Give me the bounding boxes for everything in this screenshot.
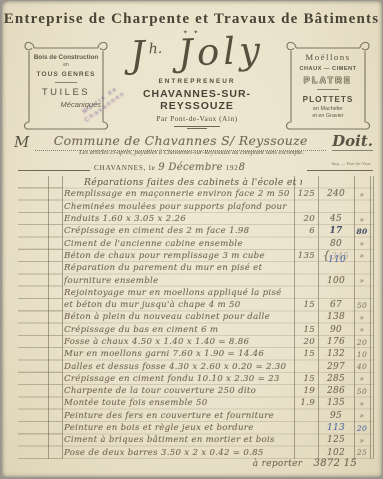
row-amount-francs: 176 (318, 337, 354, 347)
row-description: Réparation du parement du mur en pisé et (64, 263, 294, 273)
row-amount-centimes: » (354, 215, 370, 224)
row-unit-price: 15 (294, 300, 318, 310)
row-description: Enduits 1.60 x 3.05 x 2.26 (64, 214, 294, 224)
row-description: fourniture ensemble (64, 276, 294, 286)
row-amount-francs: 17 (318, 226, 354, 236)
row-amount-francs: 90 (318, 325, 354, 335)
table-row: Pose de deux barres 3.50 x 2 x 0.42 = 0.… (18, 447, 374, 459)
carry-forward-value: 3872 15 (314, 458, 357, 469)
right-box-line2: CHAUX — CIMENT (291, 66, 365, 72)
row-amount-centimes: » (354, 251, 370, 260)
row-description: Cheminées moulées pour supports plafond … (64, 202, 294, 212)
francs-value: 67 (330, 300, 342, 310)
row-description: Ciment à briques bâtiment en mortier et … (64, 435, 294, 445)
divider (55, 82, 77, 83)
row-amount-francs: 286 (318, 386, 354, 396)
table-row: Ciment à briques bâtiment en mortier et … (18, 434, 374, 446)
proprietor-name: Jh. Joly (111, 31, 282, 74)
right-box-line3: PLATRE (291, 75, 365, 85)
left-box-line1: Bois de Construction (29, 54, 103, 61)
payment-terms: Les articles ci-après, payables à Chavan… (0, 149, 383, 156)
row-description: Rejointoyage mur en moellons appliqué la… (64, 288, 294, 298)
row-description: Charpente de la tour couverture 250 dito (64, 386, 294, 396)
row-unit-price: 20 (294, 214, 318, 224)
divider (307, 170, 373, 171)
blue-pencil-correction: 110 (328, 255, 346, 265)
row-amount-francs: 45 (318, 214, 354, 224)
row-amount-francs: {345110 (318, 249, 354, 262)
row-unit-price: 6 (294, 226, 318, 236)
row-unit-price: 15 (294, 374, 318, 384)
left-box-line4: TUILES (29, 87, 103, 98)
right-box-line4: PLOTTETS (291, 95, 365, 104)
francs-value: 297 (327, 362, 345, 372)
francs-value: 90 (330, 325, 342, 335)
row-description: Réparations faites des cabinets à l'écol… (84, 177, 302, 188)
letterhead-city: CHAVANNES-SUR-REYSSOUZE (112, 88, 282, 112)
divider (18, 170, 90, 171)
francs-value: 113 (327, 423, 345, 433)
row-amount-centimes: 80 (354, 227, 370, 236)
row-description: Crépissage en ciment fondu 10.10 x 2.30 … (64, 374, 294, 384)
row-amount-centimes: » (354, 276, 370, 285)
row-amount-centimes: » (354, 313, 370, 322)
row-description: Crépissage du bas en ciment 6 m (64, 325, 294, 335)
row-amount-francs: 135 (318, 398, 354, 408)
letterhead-title: Entreprise de Charpente et Travaux de Bâ… (0, 11, 383, 28)
row-amount-centimes: 20 (354, 424, 370, 433)
right-box-line6: et en Gravier (291, 113, 365, 119)
row-amount-centimes: 40 (354, 362, 370, 371)
left-box-line3: TOUS GENRES (29, 71, 103, 78)
letterhead-right-box: Moëllons CHAUX — CIMENT PLATRE PLOTTETS … (282, 38, 374, 134)
row-description: Fosse à chaux 4.50 x 1.40 x 1.40 = 8.86 (64, 337, 294, 347)
row-amount-francs: 297 (318, 362, 354, 372)
row-description: Montée toute fois ensemble 50 (64, 398, 294, 408)
row-unit-price: 135 (294, 251, 318, 261)
place-label: CHAVANNES, le (94, 164, 156, 172)
right-box-line5: en Machefer (291, 106, 365, 112)
row-amount-francs: 113 (318, 423, 354, 433)
francs-value: 132 (327, 349, 345, 359)
row-description: Peinture des fers en couverture et fourn… (64, 411, 294, 421)
row-amount-centimes: » (354, 399, 370, 408)
table-row: et béton du mur jusqu'à chape 4 m 501567… (18, 299, 374, 311)
row-amount-francs: 138 (318, 312, 354, 322)
table-row: Enduits 1.60 x 3.05 x 2.262045» (18, 213, 374, 225)
table-body: Réparations faites des cabinets à l'écol… (18, 176, 374, 459)
row-unit-price: 1.9 (294, 398, 318, 408)
francs-value: 100 (327, 276, 345, 286)
row-description: Dalles et dessus fosse 4.30 x 2.60 x 0.2… (64, 362, 294, 372)
table-row: Ciment de l'ancienne cabine ensemble80» (18, 237, 374, 249)
francs-value: 95 (330, 411, 342, 421)
francs-value: 125 (327, 435, 345, 445)
row-description: Crépissage en ciment des 2 m face 1.98 (64, 226, 294, 236)
row-amount-centimes: » (354, 325, 370, 334)
row-amount-francs: 95 (318, 411, 354, 421)
row-amount-centimes: » (354, 436, 370, 445)
date-handwritten: 9 Décembre (158, 162, 223, 173)
row-description: Remplissage en maçonnerie environ face 2… (64, 189, 294, 199)
carry-forward-label: à reporter (253, 459, 303, 469)
row-amount-centimes: 10 (354, 350, 370, 359)
row-unit-price: 15 (294, 325, 318, 335)
date-content: CHAVANNES, le 9 Décembre 1928 (94, 162, 245, 173)
row-amount-centimes: 50 (354, 387, 370, 396)
table-row: Remplissage en maçonnerie environ face 2… (18, 188, 374, 200)
left-box-line2: en (29, 62, 103, 68)
divider (174, 126, 220, 130)
table-row: Charpente de la tour couverture 250 dito… (18, 385, 374, 397)
table-row: Peinture en bois et règle jeux et bordur… (18, 422, 374, 434)
row-amount-francs: 102 (318, 448, 354, 458)
table-row: Réparations faites des cabinets à l'écol… (18, 176, 374, 188)
table-row: Montée toute fois ensemble 501.9135» (18, 397, 374, 409)
row-unit-price: 20 (294, 337, 318, 347)
row-amount-francs: 67 (318, 300, 354, 310)
carry-forward: à reporter 3872 15 (253, 458, 357, 469)
francs-value: 45 (330, 214, 342, 224)
francs-value: 285 (327, 374, 345, 384)
row-unit-price: 15 (294, 349, 318, 359)
year-printed: 192 (225, 164, 238, 172)
table-row: Crépissage du bas en ciment 6 m1590» (18, 324, 374, 336)
table-row: Cheminées moulées pour supports plafond … (18, 201, 374, 213)
table-row: Peinture des fers en couverture et fourn… (18, 410, 374, 422)
table-row: Fosse à chaux 4.50 x 1.40 x 1.40 = 8.862… (18, 336, 374, 348)
row-description: Peinture en bois et règle jeux et bordur… (64, 423, 294, 433)
row-amount-centimes: 20 (354, 338, 370, 347)
francs-value: 240 (327, 189, 345, 199)
row-description: et béton du mur jusqu'à chape 4 m 50 (64, 300, 294, 310)
scanned-invoice: Entreprise de Charpente et Travaux de Bâ… (0, 0, 383, 479)
row-amount-francs: 100 (318, 276, 354, 286)
row-unit-price: 19 (294, 386, 318, 396)
divider (317, 89, 339, 90)
row-description: Béton de chaux pour remplissage 3 m cube (64, 251, 294, 261)
table-row: fourniture ensemble100» (18, 274, 374, 286)
row-amount-centimes: » (354, 239, 370, 248)
row-amount-centimes: » (354, 190, 370, 199)
row-amount-centimes: 25 (354, 448, 370, 457)
row-amount-francs: 80 (318, 239, 354, 249)
table-row: Crépissage en ciment des 2 m face 1.9861… (18, 225, 374, 237)
francs-value: 135 (327, 398, 345, 408)
francs-value: 286 (327, 386, 345, 396)
row-amount-centimes: » (354, 374, 370, 383)
row-amount-francs: 132 (318, 349, 354, 359)
row-description: Mur en moellons garni 7.60 x 1.90 = 14.4… (64, 349, 294, 359)
francs-value: 102 (327, 448, 345, 458)
francs-value: 80 (330, 239, 342, 249)
francs-value: 176 (327, 337, 345, 347)
row-description: Pose de deux barres 3.50 x 2 x 0.42 = 0.… (64, 448, 294, 458)
francs-value: 17 (329, 226, 342, 236)
table-row: Mur en moellons garni 7.60 x 1.90 = 14.4… (18, 348, 374, 360)
table-row: Réparation du parement du mur en pisé et (18, 262, 374, 274)
row-amount-francs: 285 (318, 374, 354, 384)
row-amount-centimes: » (354, 411, 370, 420)
table-row: Béton à plein du nouveau cabinet pour da… (18, 311, 374, 323)
table-row: Dalles et dessus fosse 4.30 x 2.60 x 0.2… (18, 360, 374, 372)
right-box-line1: Moëllons (291, 52, 365, 62)
invoice-table: Réparations faites des cabinets à l'écol… (18, 176, 374, 459)
row-unit-price: 125 (294, 189, 318, 199)
row-amount-centimes: 50 (354, 301, 370, 310)
row-description: Ciment de l'ancienne cabine ensemble (64, 239, 294, 249)
table-row: Béton de chaux pour remplissage 3 m cube… (18, 250, 374, 262)
date-line: CHAVANNES, le 9 Décembre 1928 Imp. — Pon… (0, 160, 383, 176)
letterhead-via: Par Pont-de-Vaux (Ain) (112, 114, 282, 123)
row-amount-francs: 125 (318, 435, 354, 445)
row-description: Béton à plein du nouveau cabinet pour da… (64, 312, 294, 322)
table-row: Crépissage en ciment fondu 10.10 x 2.30 … (18, 373, 374, 385)
year-handwritten: 8 (239, 162, 246, 173)
table-row: Rejointoyage mur en moellons appliqué la… (18, 287, 374, 299)
printer-credit: Imp. — Pont-de-Vaux (332, 161, 371, 166)
row-amount-francs: 240 (318, 189, 354, 199)
francs-value: 138 (327, 312, 345, 322)
